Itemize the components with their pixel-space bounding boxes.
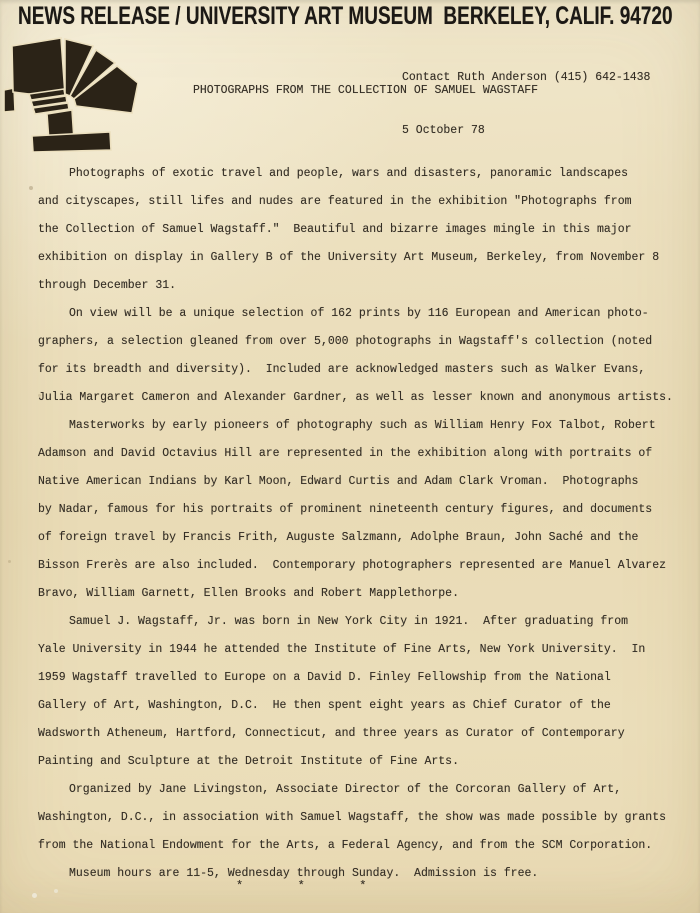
paper-speck	[54, 889, 58, 893]
text-line: and cityscapes, still lifes and nudes ar…	[38, 188, 686, 216]
release-title: PHOTOGRAPHS FROM THE COLLECTION OF SAMUE…	[193, 84, 538, 97]
text-line: for its breadth and diversity). Included…	[38, 356, 686, 384]
text-line: through December 31.	[38, 272, 686, 300]
text-line: graphers, a selection gleaned from over …	[38, 328, 686, 356]
date-line: 5 October 78	[402, 122, 650, 140]
text-line: Gallery of Art, Washington, D.C. He then…	[38, 692, 686, 720]
paper-speck	[38, 394, 41, 397]
text-line: Julia Margaret Cameron and Alexander Gar…	[38, 384, 686, 412]
text-line: On view will be a unique selection of 16…	[38, 300, 686, 328]
text-line: Native American Indians by Karl Moon, Ed…	[38, 468, 686, 496]
text-line: Bisson Frerès are also included. Contemp…	[38, 552, 686, 580]
text-line: Organized by Jane Livingston, Associate …	[38, 776, 686, 804]
paper-speck	[8, 560, 11, 563]
end-marker-asterisks: * * *	[236, 879, 367, 893]
text-line: 1959 Wagstaff travelled to Europe on a D…	[38, 664, 686, 692]
museum-fan-logo	[4, 36, 138, 152]
paragraph: Samuel J. Wagstaff, Jr. was born in New …	[38, 608, 686, 776]
press-release-body: Photographs of exotic travel and people,…	[38, 160, 686, 888]
text-line: Washington, D.C., in association with Sa…	[38, 804, 686, 832]
paper-speck	[32, 893, 37, 898]
fan-building-logo-icon	[4, 36, 138, 152]
masthead-title: NEWS RELEASE / UNIVERSITY ART MUSEUM BER…	[18, 2, 673, 31]
text-line: Bravo, William Garnett, Ellen Brooks and…	[38, 580, 686, 608]
text-line: of foreign travel by Francis Frith, Augu…	[38, 524, 686, 552]
text-line: the Collection of Samuel Wagstaff." Beau…	[38, 216, 686, 244]
text-line: by Nadar, famous for his portraits of pr…	[38, 496, 686, 524]
text-line: Masterworks by early pioneers of photogr…	[38, 412, 686, 440]
paragraph: Masterworks by early pioneers of photogr…	[38, 412, 686, 608]
paragraph: Photographs of exotic travel and people,…	[38, 160, 686, 300]
text-line: exhibition on display in Gallery B of th…	[38, 244, 686, 272]
text-line: from the National Endowment for the Arts…	[38, 832, 686, 860]
text-line: Photographs of exotic travel and people,…	[38, 160, 686, 188]
paragraph: On view will be a unique selection of 16…	[38, 300, 686, 412]
text-line: Yale University in 1944 he attended the …	[38, 636, 686, 664]
text-line: Adamson and David Octavius Hill are repr…	[38, 440, 686, 468]
text-line: Painting and Sculpture at the Detroit In…	[38, 748, 686, 776]
paragraph: Organized by Jane Livingston, Associate …	[38, 776, 686, 860]
text-line: Wadsworth Atheneum, Hartford, Connecticu…	[38, 720, 686, 748]
text-line: Samuel J. Wagstaff, Jr. was born in New …	[38, 608, 686, 636]
paper-speck	[29, 186, 33, 190]
